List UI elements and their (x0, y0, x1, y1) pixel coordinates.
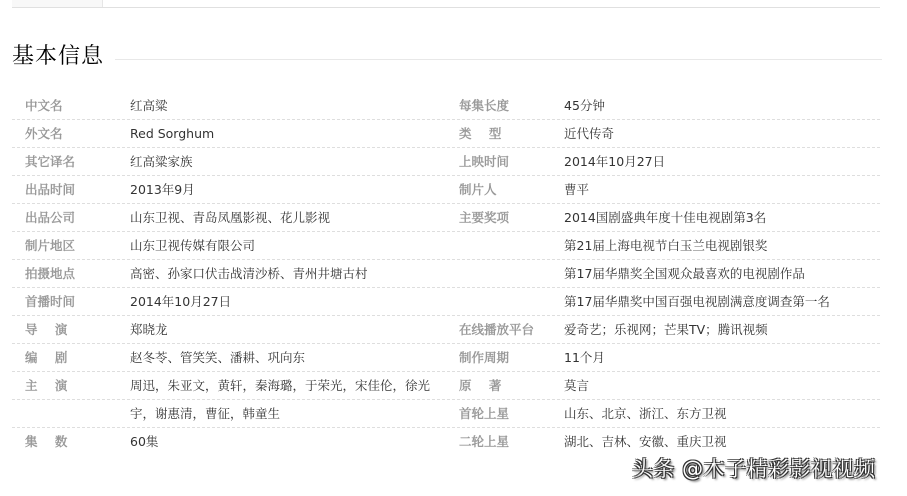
field-label: 二轮上星 (459, 428, 509, 455)
field-label: 首播时间 (25, 288, 75, 315)
info-row: 中文名 红高粱 每集长度 45分钟 (12, 92, 880, 120)
field-label: 出品公司 (25, 204, 75, 231)
field-value: 赵冬苓、管笑笑、潘耕、巩向东 (130, 344, 305, 371)
field-label: 制片地区 (25, 232, 75, 259)
info-row: 拍摄地点 高密、孙家口伏击战清沙桥、青州井塘古村 第17届华鼎奖全国观众最喜欢的… (12, 260, 880, 288)
field-label: 上映时间 (459, 148, 509, 175)
info-row: 首播时间 2014年10月27日 第17届华鼎奖中国百强电视剧满意度调查第一名 (12, 288, 880, 316)
info-row: 集 数 60集 二轮上星 湖北、吉林、安徽、重庆卫视 (12, 428, 880, 455)
field-label: 主要奖项 (459, 204, 509, 231)
field-label: 制片人 (459, 176, 497, 203)
field-value: 爱奇艺；乐视网；芒果TV；腾讯视频 (564, 316, 768, 343)
field-value: 曹平 (564, 176, 589, 203)
field-label: 首轮上星 (459, 400, 509, 427)
field-value: 湖北、吉林、安徽、重庆卫视 (564, 428, 727, 455)
info-row: 外文名 Red Sorghum 类 型 近代传奇 (12, 120, 880, 148)
basic-info-table: 中文名 红高粱 每集长度 45分钟 外文名 Red Sorghum 类 型 近代… (12, 92, 880, 455)
watermark: 头条 @木子精彩影视视频 (632, 453, 876, 483)
field-value: 第17届华鼎奖全国观众最喜欢的电视剧作品 (564, 260, 805, 287)
field-label: 集 数 (25, 428, 67, 455)
info-row: 宇，谢惠清，曹征，韩童生 首轮上星 山东、北京、浙江、东方卫视 (12, 400, 880, 428)
field-value: 第17届华鼎奖中国百强电视剧满意度调查第一名 (564, 288, 830, 315)
field-value: 2014国剧盛典年度十佳电视剧第3名 (564, 204, 766, 231)
field-label: 在线播放平台 (459, 316, 534, 343)
field-value: 红高粱 (130, 92, 168, 119)
info-row: 出品公司 山东卫视、青岛凤凰影视、花儿影视 主要奖项 2014国剧盛典年度十佳电… (12, 204, 880, 232)
field-value: 莫言 (564, 372, 589, 399)
field-value: 宇，谢惠清，曹征，韩童生 (130, 400, 280, 427)
field-label: 每集长度 (459, 92, 509, 119)
field-value: 2014年10月27日 (564, 148, 665, 175)
top-tab-bar (12, 0, 880, 8)
info-row: 导 演 郑晓龙 在线播放平台 爱奇艺；乐视网；芒果TV；腾讯视频 (12, 316, 880, 344)
info-row: 主 演 周迅，朱亚文，黄轩，秦海璐，于荣光，宋佳伦，徐光 原 著 莫言 (12, 372, 880, 400)
top-tab[interactable] (12, 0, 103, 7)
field-label: 制作周期 (459, 344, 509, 371)
field-label: 主 演 (25, 372, 67, 399)
field-value: 近代传奇 (564, 120, 614, 147)
field-value: 45分钟 (564, 92, 605, 119)
field-label: 编 剧 (25, 344, 67, 371)
field-value: 2014年10月27日 (130, 288, 231, 315)
field-value: 红高粱家族 (130, 148, 193, 175)
field-value: 60集 (130, 428, 158, 455)
field-label: 外文名 (25, 120, 63, 147)
field-value: 山东卫视传媒有限公司 (130, 232, 255, 259)
info-row: 制片地区 山东卫视传媒有限公司 第21届上海电视节白玉兰电视剧银奖 (12, 232, 880, 260)
field-value: 高密、孙家口伏击战清沙桥、青州井塘古村 (130, 260, 368, 287)
field-value: 2013年9月 (130, 176, 195, 203)
field-value: 山东、北京、浙江、东方卫视 (564, 400, 727, 427)
field-value: 郑晓龙 (130, 316, 168, 343)
field-value: 山东卫视、青岛凤凰影视、花儿影视 (130, 204, 330, 231)
field-label: 中文名 (25, 92, 63, 119)
field-label: 导 演 (25, 316, 67, 343)
field-label: 原 著 (459, 372, 501, 399)
field-value: 周迅，朱亚文，黄轩，秦海璐，于荣光，宋佳伦，徐光 (130, 372, 430, 399)
field-label: 类 型 (459, 120, 501, 147)
section-title: 基本信息 (12, 42, 104, 72)
info-row: 出品时间 2013年9月 制片人 曹平 (12, 176, 880, 204)
field-value: 11个月 (564, 344, 605, 371)
field-value: Red Sorghum (130, 120, 214, 147)
field-value: 第21届上海电视节白玉兰电视剧银奖 (564, 232, 767, 259)
field-label: 其它译名 (25, 148, 75, 175)
title-divider (115, 59, 882, 60)
info-row: 其它译名 红高粱家族 上映时间 2014年10月27日 (12, 148, 880, 176)
info-row: 编 剧 赵冬苓、管笑笑、潘耕、巩向东 制作周期 11个月 (12, 344, 880, 372)
field-label: 出品时间 (25, 176, 75, 203)
field-label: 拍摄地点 (25, 260, 75, 287)
